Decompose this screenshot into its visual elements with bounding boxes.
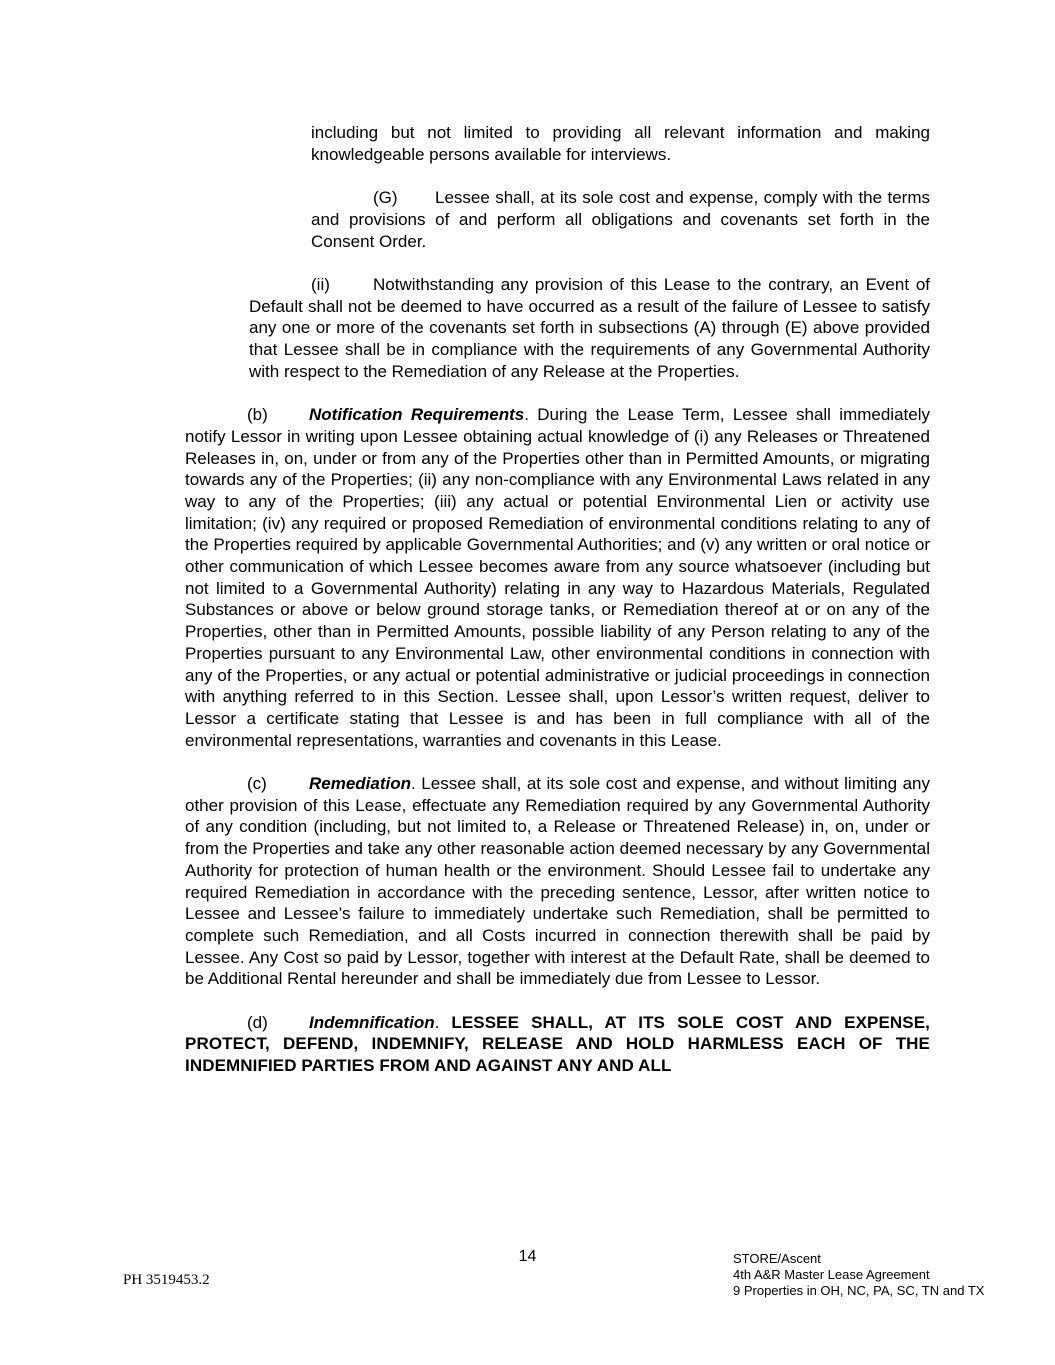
clause-ii: (ii)Notwithstanding any provision of thi… — [249, 274, 930, 383]
footer-properties-line: 9 Properties in OH, NC, PA, SC, TN and T… — [733, 1283, 984, 1299]
clause-d-heading-punct: . — [435, 1013, 452, 1032]
clause-c-text: Lessee shall, at its sole cost and expen… — [185, 774, 930, 988]
clause-d-indemnification: (d)Indemnification. LESSEE SHALL, AT ITS… — [185, 1012, 930, 1077]
clause-c-remediation: (c)Remediation. Lessee shall, at its sol… — [185, 773, 930, 990]
footer-company-line: STORE/Ascent — [733, 1251, 984, 1267]
document-page: including but not limited to providing a… — [0, 0, 1055, 1365]
clause-b-heading: Notification Requirements — [309, 405, 524, 424]
paragraph-continuation: including but not limited to providing a… — [311, 122, 930, 165]
clause-label-b: (b) — [247, 404, 309, 426]
page-body: including but not limited to providing a… — [185, 122, 930, 1077]
clause-label-G: (G) — [373, 187, 435, 209]
clause-b-heading-punct: . — [524, 405, 537, 424]
clause-c-heading: Remediation — [309, 774, 411, 793]
clause-label-d: (d) — [247, 1012, 309, 1034]
clause-d-heading: Indemnification — [309, 1013, 435, 1032]
clause-c-heading-punct: . — [411, 774, 421, 793]
clause-label-ii: (ii) — [311, 274, 373, 296]
footer-agreement-line: 4th A&R Master Lease Agreement — [733, 1267, 984, 1283]
document-reference-number: PH 3519453.2 — [123, 1272, 210, 1289]
clause-b-text: During the Lease Term, Lessee shall imme… — [185, 405, 930, 750]
footer-right-block: STORE/Ascent 4th A&R Master Lease Agreem… — [733, 1251, 984, 1299]
clause-label-c: (c) — [247, 773, 309, 795]
clause-b-notification-requirements: (b)Notification Requirements. During the… — [185, 404, 930, 751]
clause-G: (G)Lessee shall, at its sole cost and ex… — [311, 187, 930, 252]
